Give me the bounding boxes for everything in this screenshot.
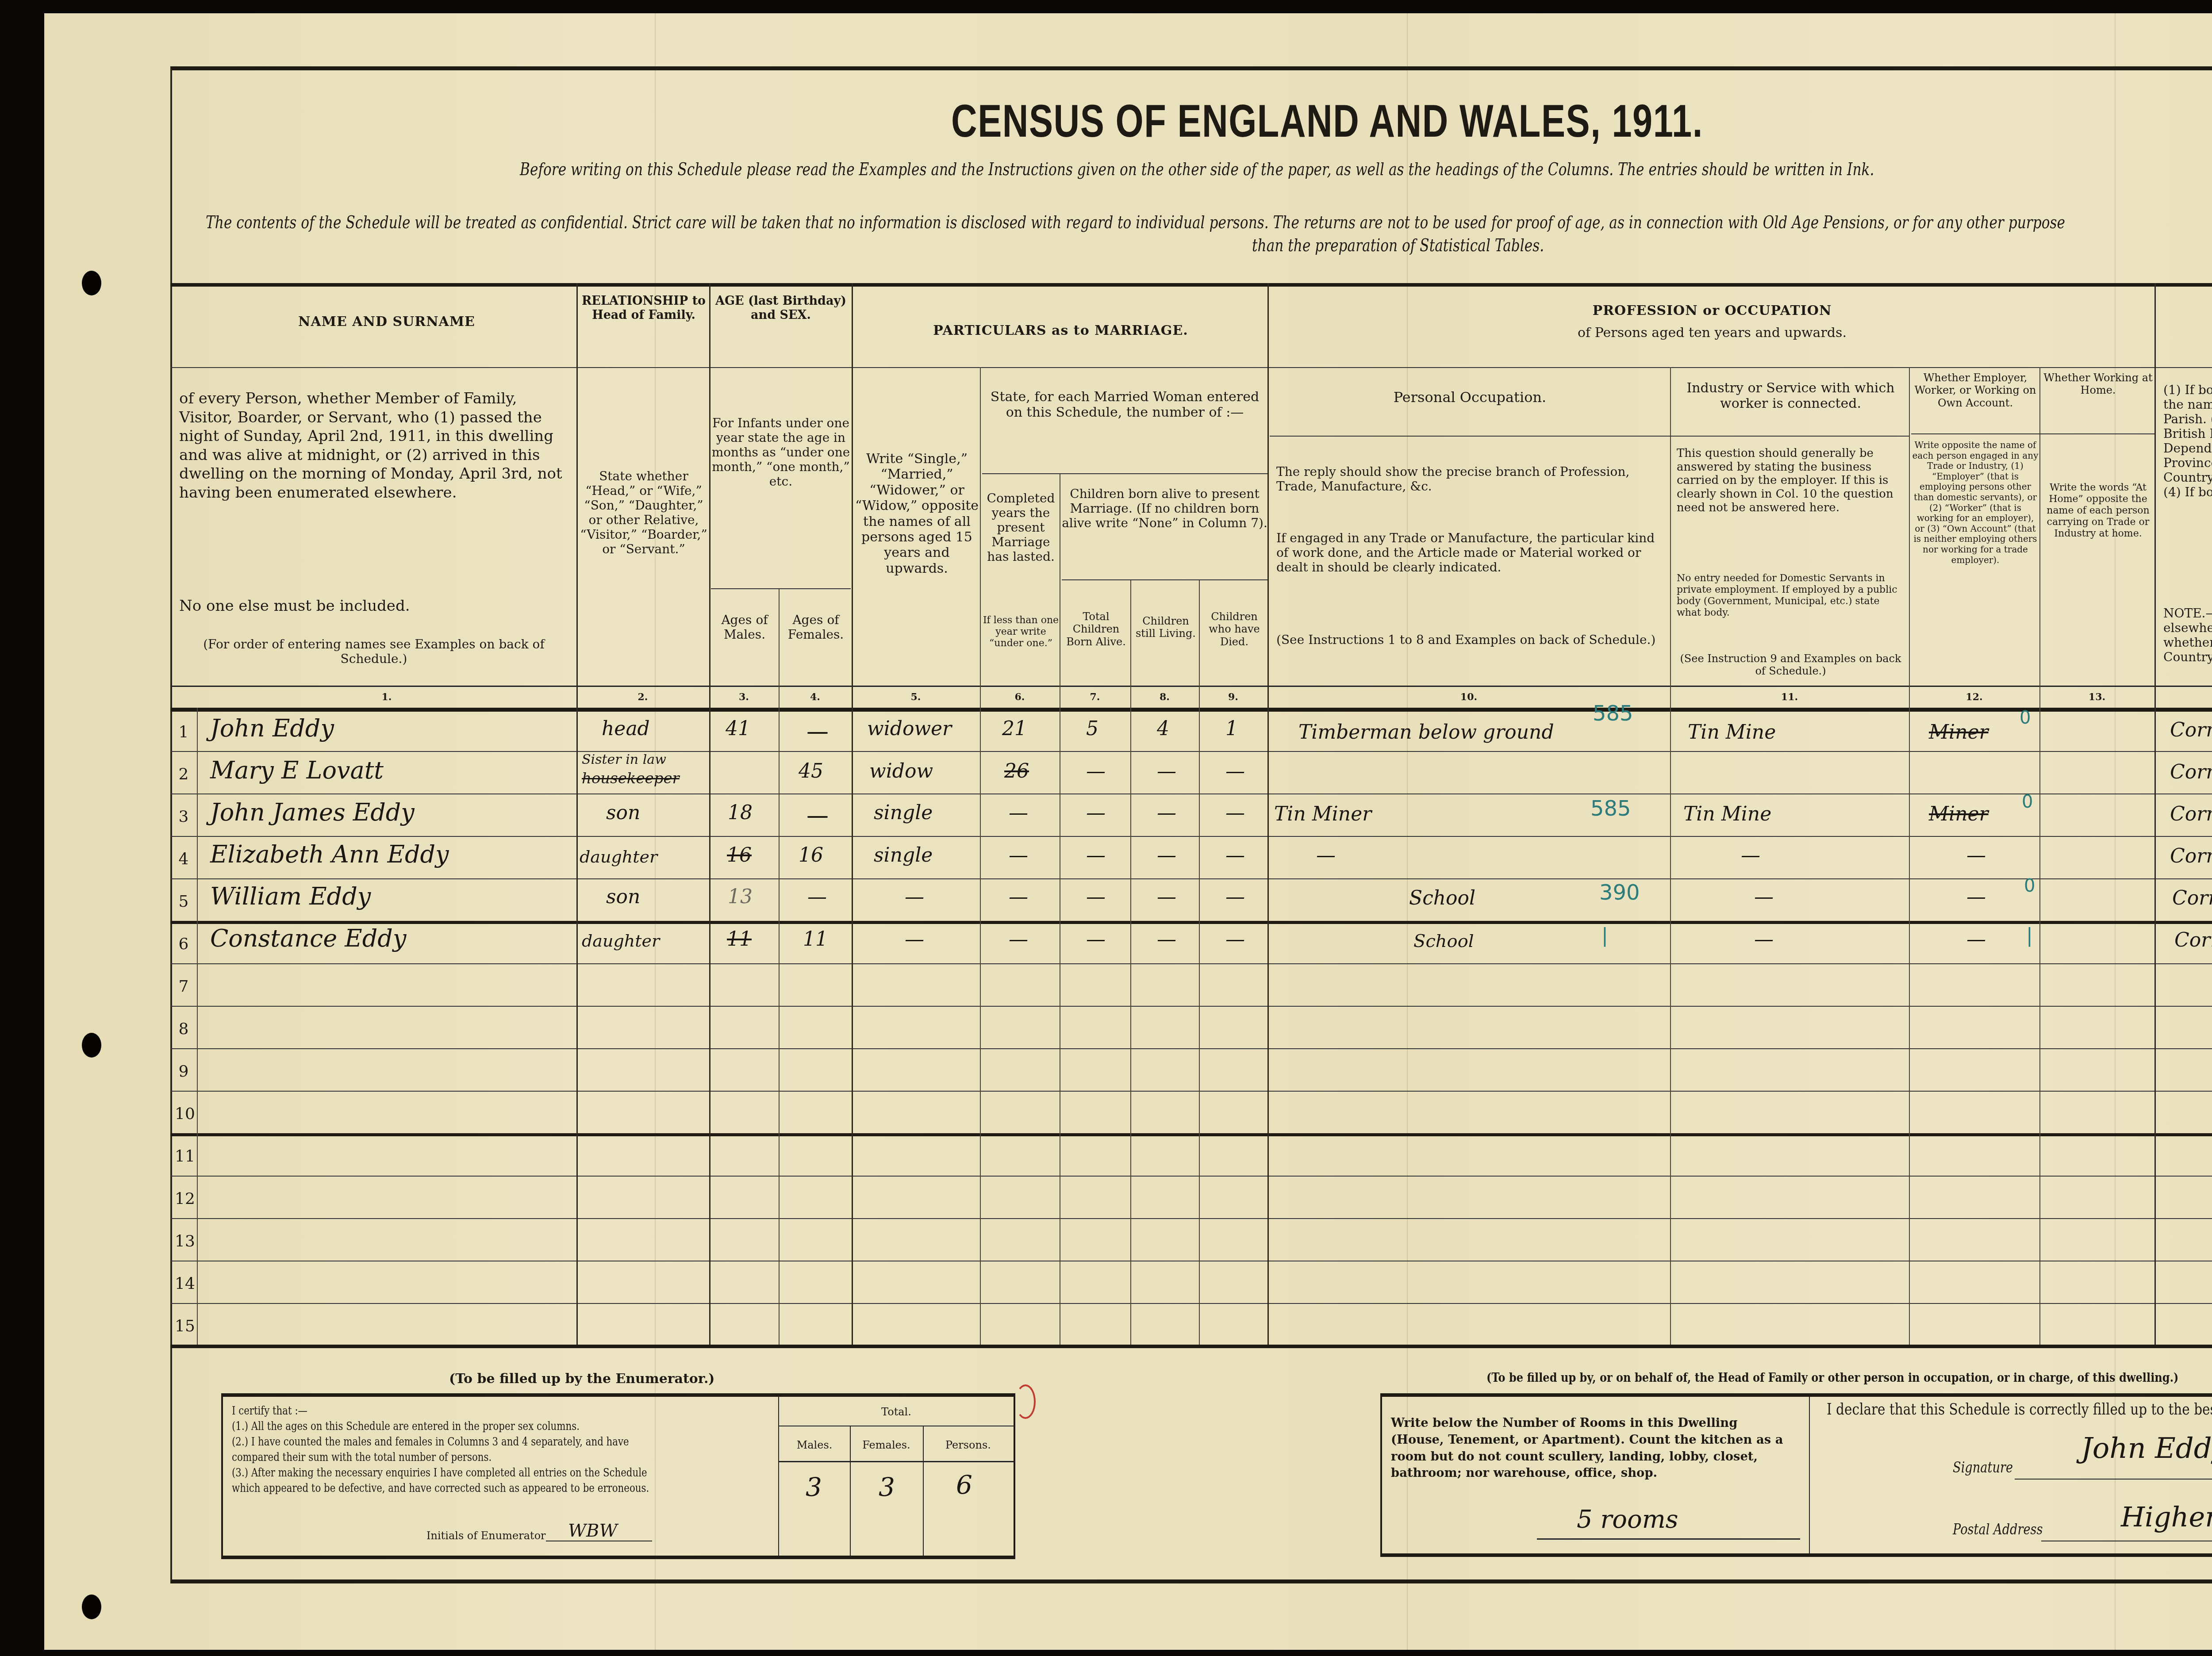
row-rule xyxy=(170,1048,2212,1049)
colnum-2: 2. xyxy=(576,691,709,703)
cell-condition[interactable]: widower xyxy=(867,717,952,740)
persons-total-field[interactable]: 6 xyxy=(956,1470,972,1500)
row-number: 8 xyxy=(175,1020,192,1038)
colnum-12: 12. xyxy=(1909,691,2039,703)
row-number: 13 xyxy=(175,1232,192,1250)
header-occupation-sub: of Persons aged ten years and upwards. xyxy=(1270,325,2154,341)
cell-years-married[interactable]: — xyxy=(1009,928,1028,951)
header-name-desc2: No one else must be included. xyxy=(179,597,568,615)
persons-label: Persons. xyxy=(923,1439,1014,1451)
colnum-4: 4. xyxy=(779,691,852,703)
enumerator-heading: (To be filled up by the Enumerator.) xyxy=(449,1371,715,1387)
cell-birthplace[interactable]: Cornwall St Just xyxy=(2174,929,2212,951)
cell-industry[interactable]: Tin Mine xyxy=(1683,803,1771,825)
row-rule xyxy=(170,878,2212,879)
header-birthplace-desc: (1) If born in the United Kingdom, write… xyxy=(2163,383,2212,499)
header-industry-desc: This question should generally be answer… xyxy=(1677,447,1905,514)
cell-died[interactable]: 1 xyxy=(1225,717,1238,740)
cell-employment-code: 0 xyxy=(2020,708,2031,728)
cell-industry[interactable]: — xyxy=(1741,844,1760,866)
cell-occupation[interactable]: — xyxy=(1316,844,1336,866)
header-occupation-desc3: (See Instructions 1 to 8 and Examples on… xyxy=(1276,632,1661,647)
header-years-married-note: If less than one year write “under one.” xyxy=(982,615,1060,649)
enumerator-box: I certify that :— (1.) All the ages on t… xyxy=(221,1393,1015,1559)
header-name-desc: of every Person, whether Member of Famil… xyxy=(179,389,568,502)
cell-died[interactable]: — xyxy=(1225,885,1245,908)
cell-age-female-dash[interactable] xyxy=(807,732,828,734)
col-divider xyxy=(1267,283,1269,1345)
header-at-home: Whether Working at Home. xyxy=(2042,372,2154,397)
cell-age-female[interactable]: 16 xyxy=(799,844,823,866)
row-rule xyxy=(170,1176,2212,1177)
declaration-text: I declare that this Schedule is correctl… xyxy=(1827,1400,2212,1418)
colnum-14: 14. xyxy=(2154,691,2212,703)
header-birthplace: BIRTHPLACE xyxy=(2157,303,2212,318)
cell-relationship[interactable]: Sister in law xyxy=(582,752,666,767)
cell-condition[interactable]: single xyxy=(874,844,933,866)
cell-living[interactable]: — xyxy=(1157,844,1176,866)
cell-died[interactable]: — xyxy=(1225,801,1245,824)
cell-industry[interactable]: Tin Mine xyxy=(1688,721,1776,744)
cell-born-alive[interactable]: — xyxy=(1086,885,1106,908)
header-married-woman: State, for each Married Woman entered on… xyxy=(982,389,1267,421)
header-personal-occupation: Personal Occupation. xyxy=(1270,389,1670,406)
col-divider xyxy=(576,283,578,1345)
header-born-alive: Total Children Born Alive. xyxy=(1062,610,1130,648)
cell-relationship[interactable]: daughter xyxy=(580,847,657,866)
cell-relationship-struck: housekeeper xyxy=(582,770,680,787)
col-divider xyxy=(980,367,981,1345)
header-at-home-desc: Write the words “At Home” opposite the n… xyxy=(2042,482,2154,540)
cell-occupation[interactable]: Timberman below ground xyxy=(1298,721,1554,744)
row-rule xyxy=(170,751,2212,752)
header-age-desc: For Infants under one year state the age… xyxy=(711,416,851,489)
header-relationship: RELATIONSHIP to Head of Family. xyxy=(580,294,708,322)
postal-address-field[interactable]: Higher Botallack St Just xyxy=(2121,1501,2212,1533)
col-divider xyxy=(2154,283,2156,1345)
row-rule xyxy=(170,836,2212,837)
males-label: Males. xyxy=(779,1439,850,1451)
colnum-rule xyxy=(170,686,2212,687)
confidential-line: The contents of the Schedule will be tre… xyxy=(206,212,2065,233)
cell-name[interactable]: Elizabeth Ann Eddy xyxy=(210,840,449,868)
cell-relationship[interactable]: head xyxy=(602,717,650,740)
cell-birthplace[interactable]: Cornwall St Just xyxy=(2172,887,2212,909)
row-rule xyxy=(170,1218,2212,1219)
header-relationship-desc: State whether “Head,” or “Wife,” “Son,” … xyxy=(580,469,708,556)
cell-birthplace[interactable]: Cornwall St Just xyxy=(2170,803,2212,825)
certify-3: (3.) After making the necessary enquirie… xyxy=(232,1465,653,1496)
header-children: Children born alive to present Marriage.… xyxy=(1062,487,1267,530)
total-label: Total. xyxy=(779,1406,1014,1418)
header-ages-females: Ages of Females. xyxy=(781,613,851,642)
cell-relationship[interactable]: son xyxy=(606,885,640,908)
row-rule xyxy=(170,1303,2212,1304)
header-still-living: Children still Living. xyxy=(1133,615,1199,640)
cell-years-married[interactable]: — xyxy=(1009,844,1028,866)
census-table: NAME AND SURNAME of every Person, whethe… xyxy=(170,283,2212,1353)
header-employer-desc: Write opposite the name of each person e… xyxy=(1911,440,2039,565)
row-number: 5 xyxy=(175,893,192,911)
header-name-desc3: (For order of entering names see Example… xyxy=(179,637,568,666)
cell-living[interactable]: — xyxy=(1157,801,1176,824)
cell-condition[interactable]: widow xyxy=(869,760,933,782)
header-industry-desc3: (See Instruction 9 and Examples on back … xyxy=(1677,652,1905,678)
cell-relationship[interactable]: son xyxy=(606,801,640,824)
cell-age-male-struck: 16 xyxy=(727,844,752,866)
row-number: 14 xyxy=(175,1275,192,1293)
row-number: 10 xyxy=(175,1105,192,1123)
cell-age-male-struck: 11 xyxy=(727,928,752,951)
punch-hole xyxy=(82,1033,101,1058)
age-subrule xyxy=(711,588,851,589)
cell-occupation[interactable]: Tin Miner xyxy=(1274,803,1371,825)
header-occupation: PROFESSION or OCCUPATION xyxy=(1270,303,2154,318)
rownum-divider xyxy=(197,708,198,1345)
cell-occupation-code: 390 xyxy=(1599,880,1640,905)
colnum-13: 13. xyxy=(2039,691,2154,703)
row-number: 3 xyxy=(175,808,192,826)
certify-1: (1.) All the ages on this Schedule are e… xyxy=(232,1419,653,1434)
cell-age-female[interactable]: 11 xyxy=(803,928,828,951)
cell-age-female-dash[interactable] xyxy=(807,816,828,818)
cell-employment[interactable]: Miner xyxy=(1929,803,1989,825)
signature-line xyxy=(2015,1479,2212,1480)
cell-employment[interactable]: — xyxy=(1966,885,1986,908)
header-birthplace-note: NOTE.—In the case of persons born elsewh… xyxy=(2163,606,2212,664)
header-marriage: PARTICULARS as to MARRIAGE. xyxy=(854,323,1267,338)
totals-panel: Total. Males. Females. Persons. 3 3 6 xyxy=(778,1397,1014,1556)
cell-born-alive[interactable]: — xyxy=(1086,760,1106,782)
signature-field[interactable]: John Eddy xyxy=(2081,1432,2212,1465)
col-divider xyxy=(852,283,853,1345)
col-divider xyxy=(2039,367,2040,1345)
females-total-field[interactable]: 3 xyxy=(879,1472,895,1502)
col-divider xyxy=(709,283,710,1345)
row-number: 6 xyxy=(175,935,192,953)
initials-field[interactable]: WBW xyxy=(568,1521,618,1541)
row-rule-thick xyxy=(170,921,2212,924)
certify-2: (2.) I have counted the males and female… xyxy=(232,1434,653,1465)
marriage-subrule xyxy=(982,473,1267,474)
row-rule xyxy=(170,793,2212,794)
table-top-rule xyxy=(170,283,2212,287)
colnum-11: 11. xyxy=(1670,691,1909,703)
row-rule xyxy=(170,1261,2212,1261)
colnum-8: 8. xyxy=(1130,691,1199,703)
table-bottom-rule xyxy=(170,1345,2212,1348)
colnum-3: 3. xyxy=(709,691,779,703)
head-of-family-box: Write below the Number of Rooms in this … xyxy=(1380,1393,2212,1557)
header-condition-desc: Write “Single,” “Married,” “Widower,” or… xyxy=(854,451,980,576)
row-number: 7 xyxy=(175,977,192,996)
cell-occupation[interactable]: School xyxy=(1409,887,1475,909)
head-of-family-heading: (To be filled up by, or on behalf of, th… xyxy=(1486,1370,2178,1385)
cell-born-alive[interactable]: 5 xyxy=(1086,717,1098,740)
cell-employment[interactable]: — xyxy=(1966,844,1986,866)
colnum-6: 6. xyxy=(980,691,1060,703)
address-line xyxy=(2041,1541,2212,1541)
cell-years-married[interactable]: — xyxy=(1009,885,1028,908)
cell-industry[interactable]: — xyxy=(1754,928,1774,951)
cell-years-married[interactable]: 26 xyxy=(1004,760,1029,782)
cell-name[interactable]: John Eddy xyxy=(210,714,334,742)
colnum-7: 7. xyxy=(1060,691,1130,703)
header-occupation-desc2: If engaged in any Trade or Manufacture, … xyxy=(1276,531,1661,575)
rooms-field[interactable]: 5 rooms xyxy=(1577,1505,1678,1534)
cell-birthplace[interactable]: Cornwall St Just xyxy=(2170,845,2212,867)
col-divider xyxy=(1670,367,1671,1345)
red-circle-mark xyxy=(1015,1384,1036,1419)
cell-occupation[interactable]: School xyxy=(1413,931,1474,951)
postal-address-label: Postal Address xyxy=(1953,1521,2043,1538)
cell-age-male[interactable]: 41 xyxy=(726,717,750,740)
males-total-field[interactable]: 3 xyxy=(806,1472,822,1502)
cell-age-male[interactable]: 13 xyxy=(728,885,753,908)
data-top-rule xyxy=(170,708,2212,712)
cell-occupation-code: 585 xyxy=(1593,701,1633,726)
header-industry: Industry or Service with which worker is… xyxy=(1672,380,1909,412)
row-number: 2 xyxy=(175,765,192,783)
children-subrule xyxy=(1062,579,1267,580)
certify-intro: I certify that :— xyxy=(232,1403,653,1419)
col-divider xyxy=(1909,367,1910,1345)
header-birthplace-sub: of every person. xyxy=(2157,321,2212,336)
header-died: Children who have Died. xyxy=(1201,610,1267,648)
cell-employment[interactable]: — xyxy=(1966,928,1986,951)
row-number: 1 xyxy=(175,723,192,741)
cell-died[interactable]: — xyxy=(1225,928,1245,951)
total-rule xyxy=(779,1461,1014,1462)
occupation-subrule xyxy=(1911,433,2154,434)
cell-condition[interactable]: — xyxy=(905,885,924,908)
rooms-instruction: Write below the Number of Rooms in this … xyxy=(1391,1414,1790,1481)
confidential-line-2: than the preparation of Statistical Tabl… xyxy=(1252,235,1544,256)
certification-text: I certify that :— (1.) All the ages on t… xyxy=(232,1403,653,1497)
cell-birthplace[interactable]: Cornwall St Just xyxy=(2170,761,2212,783)
cell-living[interactable]: — xyxy=(1157,928,1176,951)
header-employer: Whether Employer, Worker, or Working on … xyxy=(1911,372,2039,409)
row-rule-thick xyxy=(170,1133,2212,1136)
header-years-married: Completed years the present Marriage has… xyxy=(982,491,1060,564)
cell-employment-code: 0 xyxy=(2022,792,2033,812)
header-industry-desc2: No entry needed for Domestic Servants in… xyxy=(1677,573,1905,619)
header-ages-males: Ages of Males. xyxy=(711,613,778,642)
cell-employment-code: 0 xyxy=(2024,876,2035,896)
row-number: 12 xyxy=(175,1190,192,1208)
colnum-5: 5. xyxy=(852,691,980,703)
occupation-subrule xyxy=(1270,436,1909,437)
row-number: 15 xyxy=(175,1317,192,1335)
cell-name[interactable]: William Eddy xyxy=(210,882,371,910)
header-occupation-desc: The reply should show the precise branch… xyxy=(1276,464,1661,494)
cell-age-female[interactable]: 45 xyxy=(799,760,823,782)
cell-industry[interactable]: — xyxy=(1754,885,1774,908)
punch-hole xyxy=(82,271,101,295)
cell-living[interactable]: — xyxy=(1157,885,1176,908)
colnum-1: 1. xyxy=(197,691,576,703)
instruction-line: Before writing on this Schedule please r… xyxy=(520,159,1874,180)
cell-name[interactable]: Constance Eddy xyxy=(210,924,406,952)
cell-occupation-code: | xyxy=(1601,924,1608,947)
females-label: Females. xyxy=(850,1439,923,1451)
header-age: AGE (last Birthday) and SEX. xyxy=(711,294,851,322)
cell-condition[interactable]: single xyxy=(874,801,933,824)
row-rule xyxy=(170,963,2212,964)
cell-relationship[interactable]: daughter xyxy=(582,931,660,951)
colnum-9: 9. xyxy=(1199,691,1267,703)
cell-died[interactable]: — xyxy=(1225,760,1245,782)
cell-name[interactable]: John James Eddy xyxy=(210,798,415,826)
cell-age-male[interactable]: 18 xyxy=(728,801,753,824)
cell-living[interactable]: — xyxy=(1157,760,1176,782)
row-rule xyxy=(170,1006,2212,1007)
punch-hole xyxy=(82,1595,101,1619)
row-number: 9 xyxy=(175,1062,192,1081)
row-rule xyxy=(170,1091,2212,1092)
cell-years-married[interactable]: — xyxy=(1009,801,1028,824)
cell-born-alive[interactable]: — xyxy=(1086,801,1106,824)
cell-employment[interactable]: Miner xyxy=(1929,721,1989,744)
row-number: 11 xyxy=(175,1147,192,1165)
header-name: NAME AND SURNAME xyxy=(197,314,576,330)
rooms-line xyxy=(1537,1538,1800,1540)
cell-born-alive[interactable]: — xyxy=(1086,844,1106,866)
signature-label: Signature xyxy=(1953,1459,2013,1476)
cell-employment-code: | xyxy=(2026,924,2033,947)
col-divider xyxy=(1060,473,1060,1345)
cell-name[interactable]: Mary E Lovatt xyxy=(210,756,384,784)
cell-living[interactable]: 4 xyxy=(1157,717,1169,740)
initials-label: Initials of Enumerator xyxy=(426,1529,546,1542)
rooms-panel: Write below the Number of Rooms in this … xyxy=(1382,1397,1810,1553)
page-title: CENSUS OF ENGLAND AND WALES, 1911. xyxy=(951,95,1703,148)
cell-age-female[interactable]: — xyxy=(807,885,827,908)
header-rule xyxy=(170,367,2212,368)
row-number: 4 xyxy=(175,850,192,868)
cell-born-alive[interactable]: — xyxy=(1086,928,1106,951)
total-rule xyxy=(779,1426,1014,1426)
cell-condition[interactable]: — xyxy=(905,928,924,951)
cell-birthplace[interactable]: Cornwall St Just xyxy=(2170,719,2212,741)
cell-died[interactable]: — xyxy=(1225,844,1245,866)
cell-years-married[interactable]: 21 xyxy=(1002,717,1027,740)
cell-occupation-code: 585 xyxy=(1590,796,1631,821)
